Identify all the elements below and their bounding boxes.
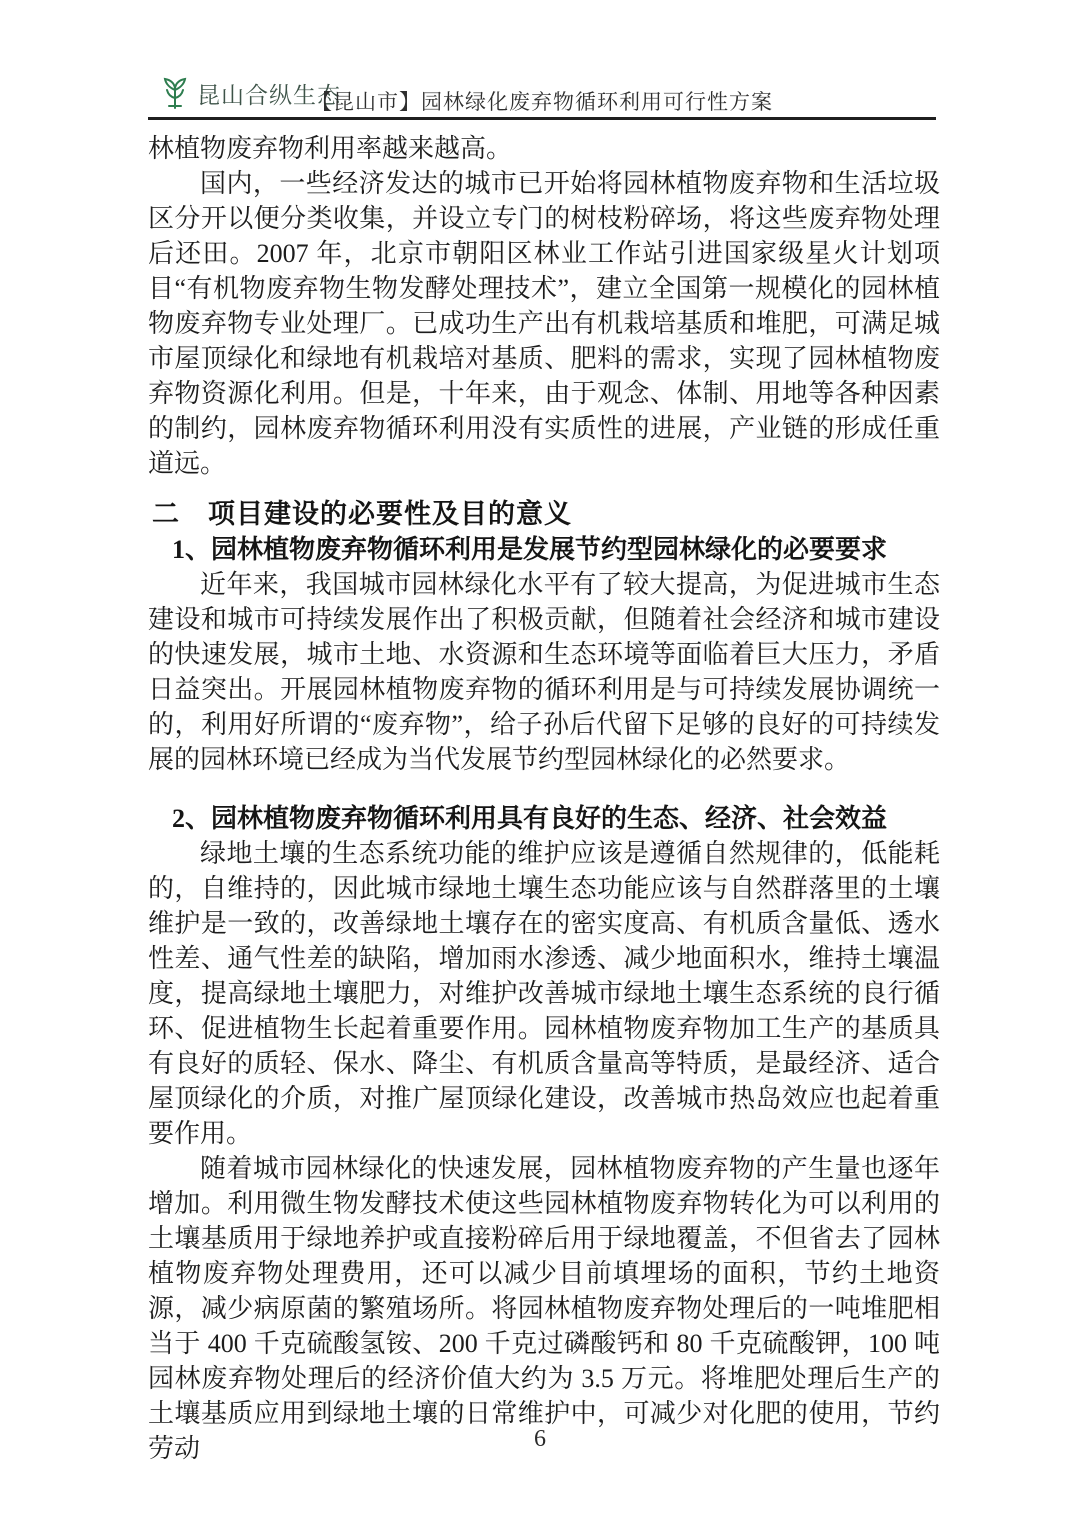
paragraph-domestic-overview: 国内，一些经济发达的城市已开始将园林植物废弃物和生活垃圾区分开以便分类收集，并设… bbox=[148, 166, 940, 481]
subsection-1-heading: 1、园林植物废弃物循环利用是发展节约型园林绿化的必要要求 bbox=[172, 532, 940, 567]
page-footer: 6 bbox=[0, 1426, 1080, 1453]
paragraph-continuation: 林植物废弃物利用率越来越高。 bbox=[148, 131, 940, 166]
company-logo-icon bbox=[160, 76, 190, 110]
section-heading-2: 二 项目建设的必要性及目的意义 bbox=[152, 497, 940, 532]
document-page: 昆山合纵生态 【昆山市】园林绿化废弃物循环利用可行性方案 林植物废弃物利用率越来… bbox=[0, 0, 1080, 1527]
page-body: 林植物废弃物利用率越来越高。 国内，一些经济发达的城市已开始将园林植物废弃物和生… bbox=[148, 131, 940, 1466]
subsection-2-paragraph-2: 随着城市园林绿化的快速发展，园林植物废弃物的产生量也逐年增加。利用微生物发酵技术… bbox=[148, 1151, 940, 1466]
page-header: 昆山合纵生态 【昆山市】园林绿化废弃物循环利用可行性方案 bbox=[148, 72, 936, 120]
subsection-2-heading: 2、园林植物废弃物循环利用具有良好的生态、经济、社会效益 bbox=[172, 801, 940, 836]
page-number: 6 bbox=[534, 1426, 546, 1452]
subsection-1-paragraph: 近年来，我国城市园林绿化水平有了较大提高，为促进城市生态建设和城市可持续发展作出… bbox=[148, 567, 940, 777]
subsection-2-paragraph-1: 绿地土壤的生态系统功能的维护应该是遵循自然规律的，低能耗的，自维持的，因此城市绿… bbox=[148, 836, 940, 1151]
document-header-title: 【昆山市】园林绿化废弃物循环利用可行性方案 bbox=[311, 86, 773, 116]
